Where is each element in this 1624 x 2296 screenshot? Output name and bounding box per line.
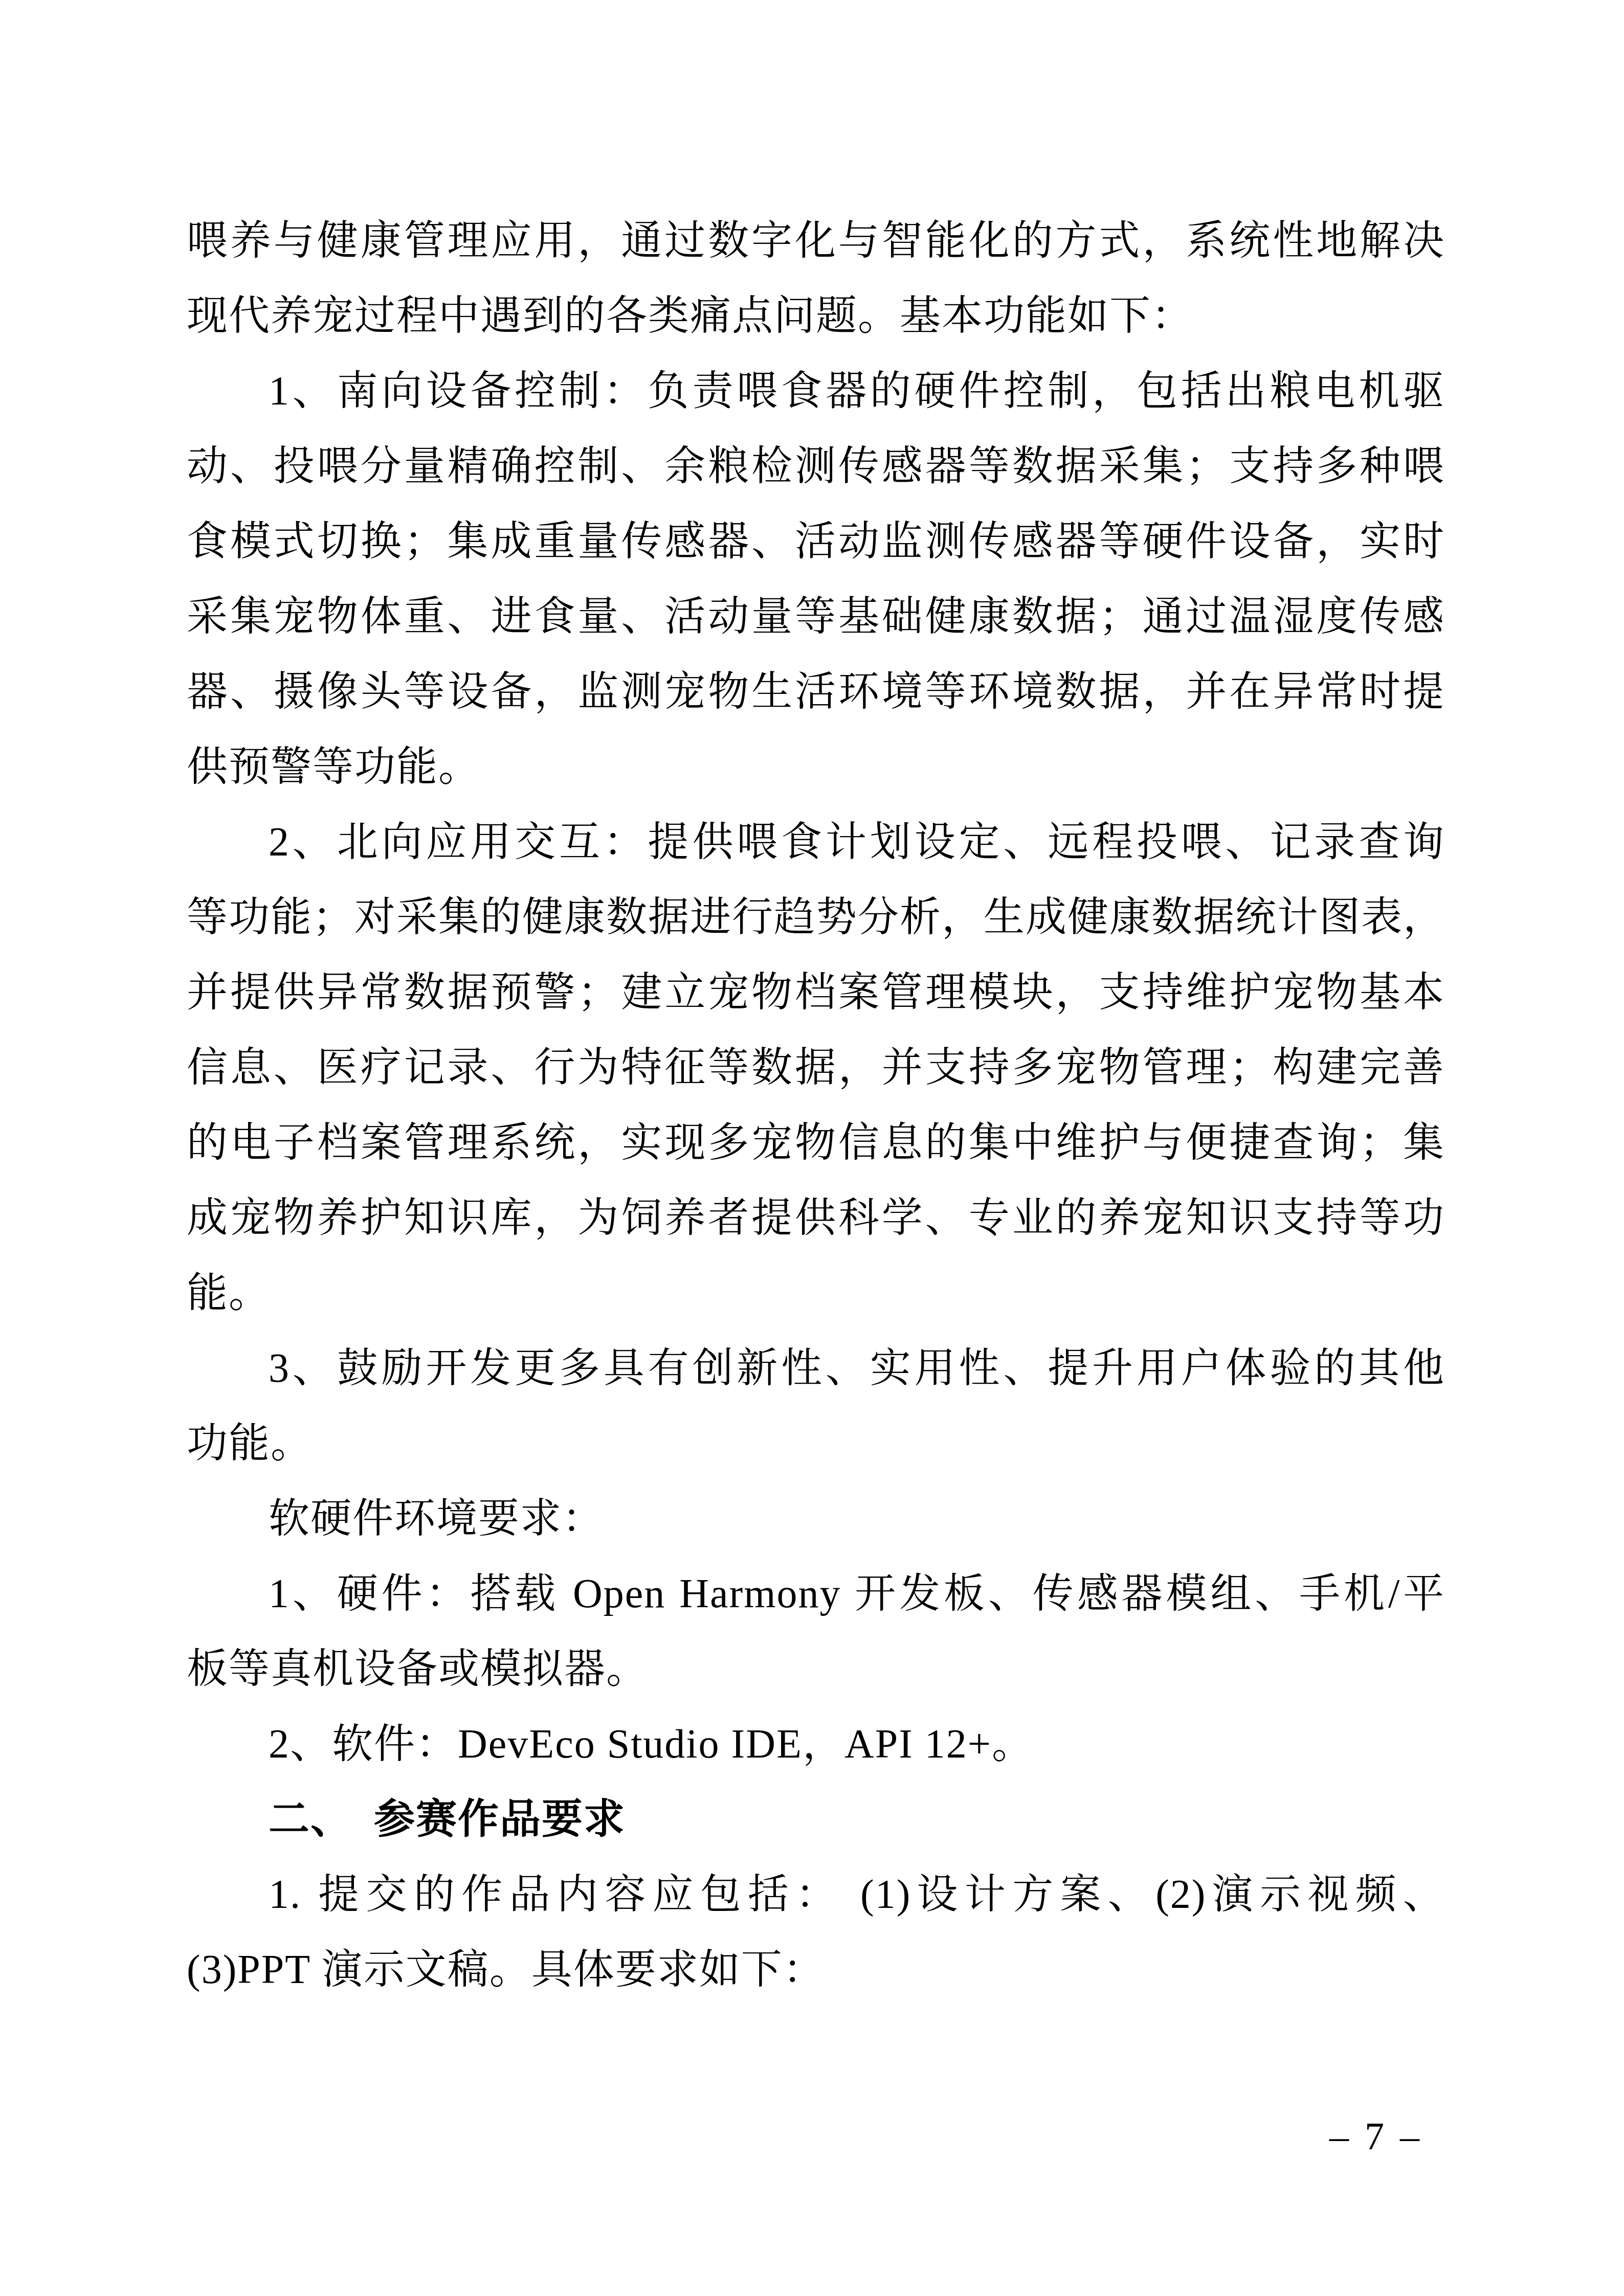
- text-line: 现代养宠过程中遇到的各类痛点问题。基本功能如下：: [187, 279, 1445, 354]
- text-line: 2、软件：DevEco Studio IDE，API 12+。: [187, 1707, 1445, 1782]
- text-line: 采集宠物体重、进食量、活动量等基础健康数据；通过温湿度传感: [187, 579, 1445, 655]
- text-line: 等功能；对采集的健康数据进行趋势分析，生成健康数据统计图表，: [187, 880, 1445, 955]
- text-line: 信息、医疗记录、行为特征等数据，并支持多宠物管理；构建完善: [187, 1030, 1445, 1106]
- text-line: 并提供异常数据预警；建立宠物档案管理模块，支持维护宠物基本: [187, 955, 1445, 1030]
- text-line: 供预警等功能。: [187, 730, 1445, 805]
- page-number: – 7 –: [1315, 2111, 1437, 2162]
- content-area: 喂养与健康管理应用，通过数字化与智能化的方式，系统性地解决 现代养宠过程中遇到的…: [187, 204, 1445, 2008]
- text-line: 1. 提交的作品内容应包括： (1)设计方案、(2)演示视频、: [187, 1857, 1445, 1932]
- text-line: 喂养与健康管理应用，通过数字化与智能化的方式，系统性地解决: [187, 204, 1445, 279]
- text-line: (3)PPT 演示文稿。具体要求如下：: [187, 1932, 1445, 2008]
- text-line: 3、鼓励开发更多具有创新性、实用性、提升用户体验的其他: [187, 1331, 1445, 1406]
- text-line: 食模式切换；集成重量传感器、活动监测传感器等硬件设备，实时: [187, 504, 1445, 579]
- document-page: 喂养与健康管理应用，通过数字化与智能化的方式，系统性地解决 现代养宠过程中遇到的…: [0, 0, 1624, 2296]
- text-line: 软硬件环境要求：: [187, 1481, 1445, 1557]
- text-line: 2、北向应用交互：提供喂食计划设定、远程投喂、记录查询: [187, 805, 1445, 880]
- section-heading: 二、 参赛作品要求: [187, 1782, 1445, 1857]
- text-line: 1、硬件：搭载 Open Harmony 开发板、传感器模组、手机/平: [187, 1557, 1445, 1632]
- text-line: 器、摄像头等设备，监测宠物生活环境等环境数据，并在异常时提: [187, 655, 1445, 730]
- text-line: 功能。: [187, 1406, 1445, 1481]
- text-line: 板等真机设备或模拟器。: [187, 1632, 1445, 1707]
- text-line: 1、南向设备控制：负责喂食器的硬件控制，包括出粮电机驱: [187, 354, 1445, 429]
- text-line: 能。: [187, 1256, 1445, 1331]
- text-line: 成宠物养护知识库，为饲养者提供科学、专业的养宠知识支持等功: [187, 1181, 1445, 1256]
- text-line: 动、投喂分量精确控制、余粮检测传感器等数据采集；支持多种喂: [187, 429, 1445, 504]
- text-line: 的电子档案管理系统，实现多宠物信息的集中维护与便捷查询；集: [187, 1106, 1445, 1181]
